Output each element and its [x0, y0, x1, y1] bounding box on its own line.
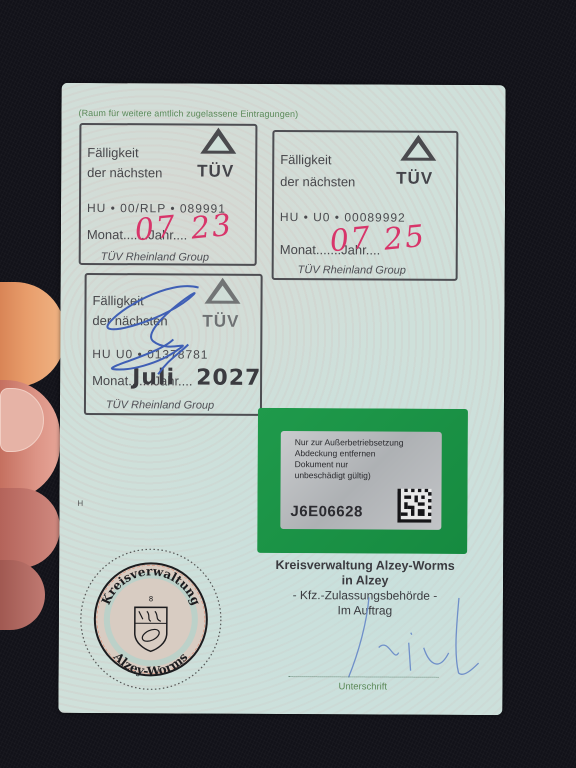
photo-scene: (Raum für weitere amtlich zugelassene Ei…	[0, 0, 576, 768]
stamp-label: Fälligkeit	[87, 145, 138, 160]
stamp-label: Fälligkeit	[280, 152, 331, 167]
security-sticker: Nur zur Außerbetriebsetzung Abdeckung en…	[257, 408, 468, 554]
tuv-triangle-icon	[400, 135, 436, 161]
sticker-notice: Nur zur Außerbetriebsetzung Abdeckung en…	[295, 437, 404, 482]
finger	[0, 488, 60, 568]
tuv-stamp-1: Fälligkeit der nächsten TÜV HU • 00/RLP …	[79, 123, 258, 266]
registration-document-page: (Raum für weitere amtlich zugelassene Ei…	[58, 83, 505, 715]
stamp-footer: TÜV Rheinland Group	[101, 251, 209, 264]
handwritten-signature	[339, 592, 489, 683]
official-seal: Kreisverwaltung Alzey-Worms 8	[76, 545, 225, 694]
tuv-triangle-icon	[204, 278, 240, 304]
stamp-label: der nächsten	[87, 165, 162, 180]
handwritten-year: 23	[189, 208, 234, 247]
blue-signature-scribble	[98, 279, 209, 390]
finger	[0, 282, 65, 387]
authority-line: Kreisverwaltung Alzey-Worms	[255, 558, 475, 574]
header-note: (Raum für weitere amtlich zugelassene Ei…	[78, 108, 298, 119]
handwritten-month: 07	[133, 209, 178, 248]
datamatrix-code-icon	[397, 489, 431, 523]
tuv-stamp-3: Fälligkeit der nächsten TÜV HU U0 • 0137…	[84, 273, 263, 416]
sticker-code: J6E06628	[290, 503, 362, 520]
scratch-panel: Nur zur Außerbetriebsetzung Abdeckung en…	[280, 431, 442, 530]
authority-line: in Alzey	[255, 573, 475, 589]
handwritten-month: 07	[328, 220, 373, 259]
svg-text:8: 8	[149, 595, 154, 603]
tuv-brand: TÜV	[396, 169, 433, 189]
tuv-stamp-2: Fälligkeit der nächsten TÜV HU • U0 • 00…	[272, 130, 459, 281]
stamp-footer: TÜV Rheinland Group	[106, 399, 214, 412]
tuv-triangle-icon	[200, 128, 236, 154]
stamp-label: der nächsten	[280, 174, 355, 189]
signature-label: Unterschrift	[338, 681, 387, 692]
tuv-brand: TÜV	[197, 162, 234, 182]
side-mark: H	[77, 499, 83, 508]
handwritten-year: 25	[382, 219, 427, 258]
finger	[0, 560, 45, 630]
stamp-footer: TÜV Rheinland Group	[298, 264, 406, 277]
